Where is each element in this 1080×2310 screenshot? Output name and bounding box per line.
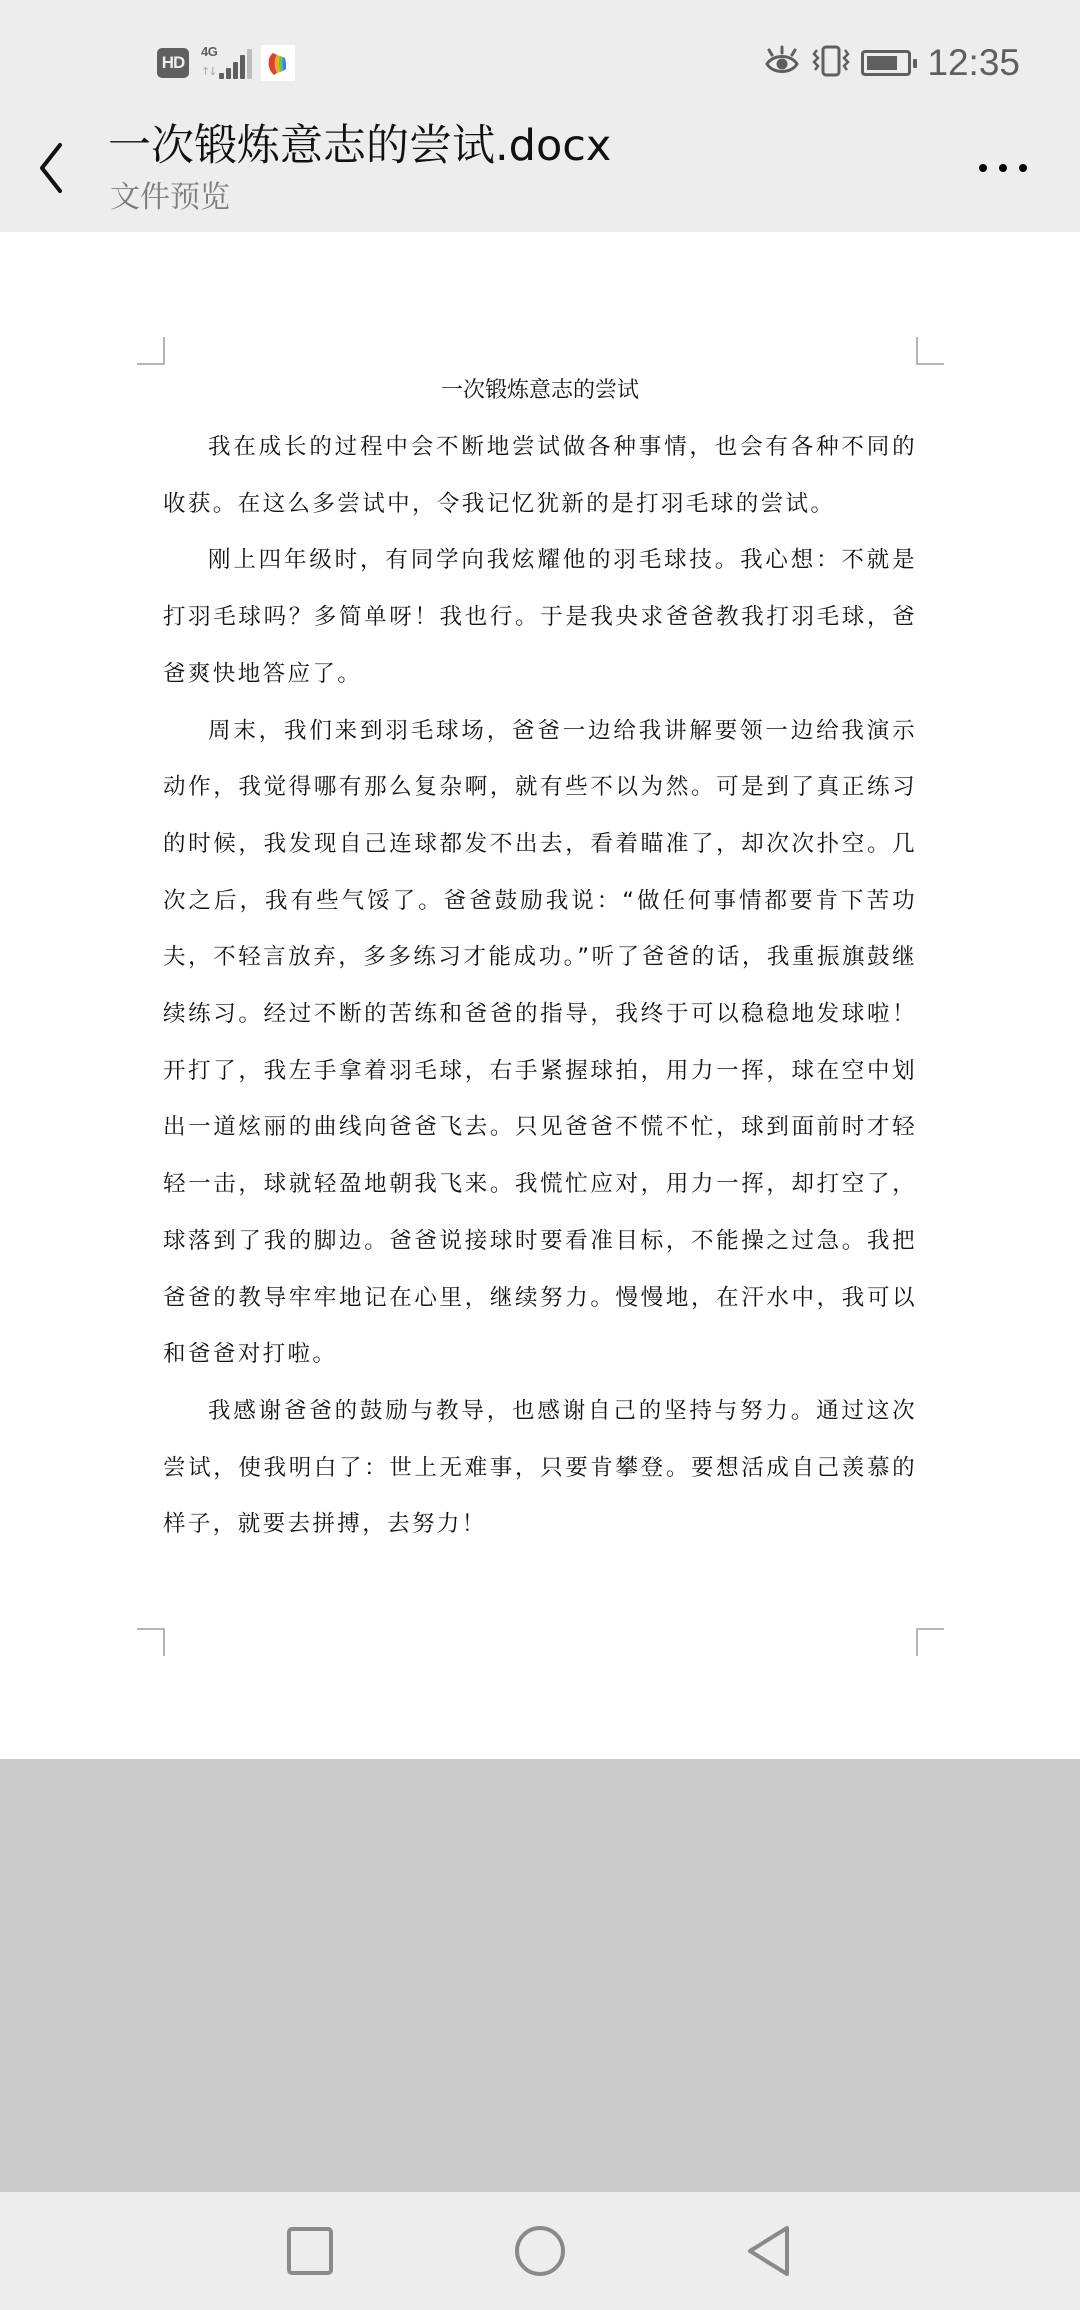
4g-signal-icon: 4G ↑↓ [199, 45, 251, 81]
document-page[interactable]: 一次锻炼意志的尝试 我在成长的过程中会不断地尝试做各种事情，也会有各种不同的收获… [0, 232, 1080, 1759]
status-bar-right: 12:35 [763, 42, 1020, 84]
page-margin-corner-bottom-left [137, 1628, 165, 1656]
document-heading: 一次锻炼意志的尝试 [0, 374, 1080, 408]
app-notification-icon [261, 45, 295, 81]
square-icon [280, 2222, 340, 2282]
paragraph: 我感谢爸爸的鼓励与教导，也感谢自己的坚持与努力。通过这次尝试，使我明白了：世上无… [163, 1383, 917, 1553]
hd-voice-icon: HD [157, 48, 189, 78]
system-nav-bar [0, 2192, 1080, 2310]
viewer-background [0, 1759, 1080, 2192]
battery-icon [861, 50, 911, 76]
more-options-button[interactable] [968, 150, 1038, 186]
document-body: 我在成长的过程中会不断地尝试做各种事情，也会有各种不同的收获。在这么多尝试中，令… [163, 419, 917, 1553]
back-button[interactable] [30, 135, 80, 201]
signal-bar-3 [233, 62, 238, 79]
network-type-label: 4G [201, 44, 217, 59]
signal-bar-4 [240, 55, 245, 79]
more-horizontal-icon [999, 164, 1007, 172]
battery-level [867, 56, 897, 70]
signal-bar-5 [247, 49, 252, 79]
status-bar-left: HD 4G ↑↓ [157, 45, 295, 81]
vibrate-icon [811, 44, 851, 82]
app-header-area: HD 4G ↑↓ [0, 0, 1080, 232]
page-margin-corner-top-right [916, 337, 944, 365]
page-margin-corner-bottom-right [916, 1628, 944, 1656]
back-nav-button[interactable] [740, 2222, 800, 2282]
paragraph: 我在成长的过程中会不断地尝试做各种事情，也会有各种不同的收获。在这么多尝试中，令… [163, 419, 917, 532]
signal-bar-2 [226, 68, 231, 79]
file-preview-label: 文件预览 [110, 178, 230, 218]
recent-apps-button[interactable] [280, 2222, 340, 2282]
circle-icon [510, 2222, 570, 2282]
clock: 12:35 [927, 42, 1020, 84]
paragraph: 周末，我们来到羽毛球场，爸爸一边给我讲解要领一边给我演示动作，我觉得哪有那么复杂… [163, 703, 917, 1383]
chevron-left-icon [30, 135, 80, 201]
page-margin-corner-top-left [137, 337, 165, 365]
document-file-title: 一次锻炼意志的尝试.docx [108, 116, 611, 176]
triangle-back-icon [740, 2222, 800, 2282]
battery-tip [913, 59, 917, 68]
more-horizontal-icon [1019, 164, 1027, 172]
eye-comfort-icon [763, 44, 801, 82]
signal-bar-1 [219, 73, 224, 79]
paragraph: 刚上四年级时，有同学向我炫耀他的羽毛球技。我心想：不就是打羽毛球吗？多简单呀！我… [163, 532, 917, 702]
more-horizontal-icon [979, 164, 987, 172]
home-button[interactable] [510, 2222, 570, 2282]
data-arrows-icon: ↑↓ [201, 65, 215, 78]
